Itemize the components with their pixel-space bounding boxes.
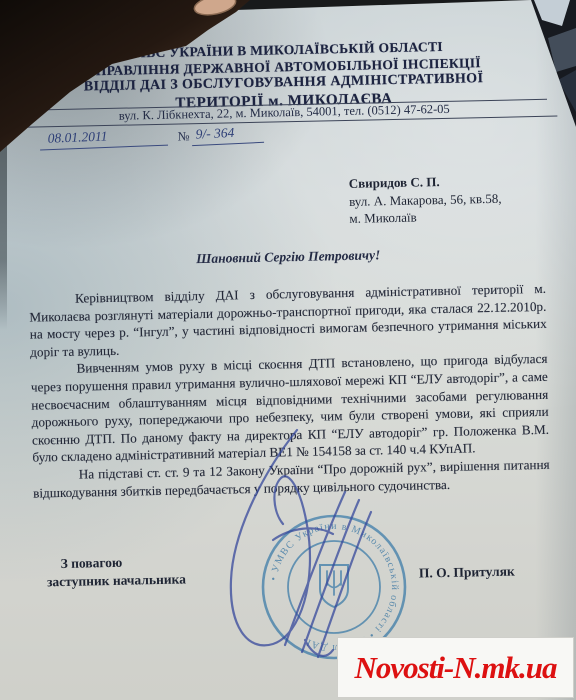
photographed-letter: УМВС УКРАЇНИ В МИКОЛАЇВСЬКІЙ ОБЛАСТІ УПР… xyxy=(0,0,576,700)
salutation: Шановний Сергію Петровичу! xyxy=(0,243,576,271)
body-paragraph-1: Керівництвом відділу ДАІ з обслуговуванн… xyxy=(29,280,547,361)
signoff-regards: З повагою xyxy=(60,555,122,572)
site-watermark: Novosti-N.mk.ua xyxy=(337,637,574,698)
site-watermark-text: Novosti-N.mk.ua xyxy=(355,650,557,686)
handwritten-signature xyxy=(185,420,415,670)
recipient-address-line-2: м. Миколаїв xyxy=(349,207,502,228)
hand-holding-paper xyxy=(0,0,280,170)
signoff-position: заступник начальника xyxy=(47,571,186,590)
recipient-address-line-1: вул. А. Макарова, 56, кв.58, xyxy=(349,189,502,210)
recipient-block: Свиридов С. П. вул. А. Макарова, 56, кв.… xyxy=(349,172,502,228)
